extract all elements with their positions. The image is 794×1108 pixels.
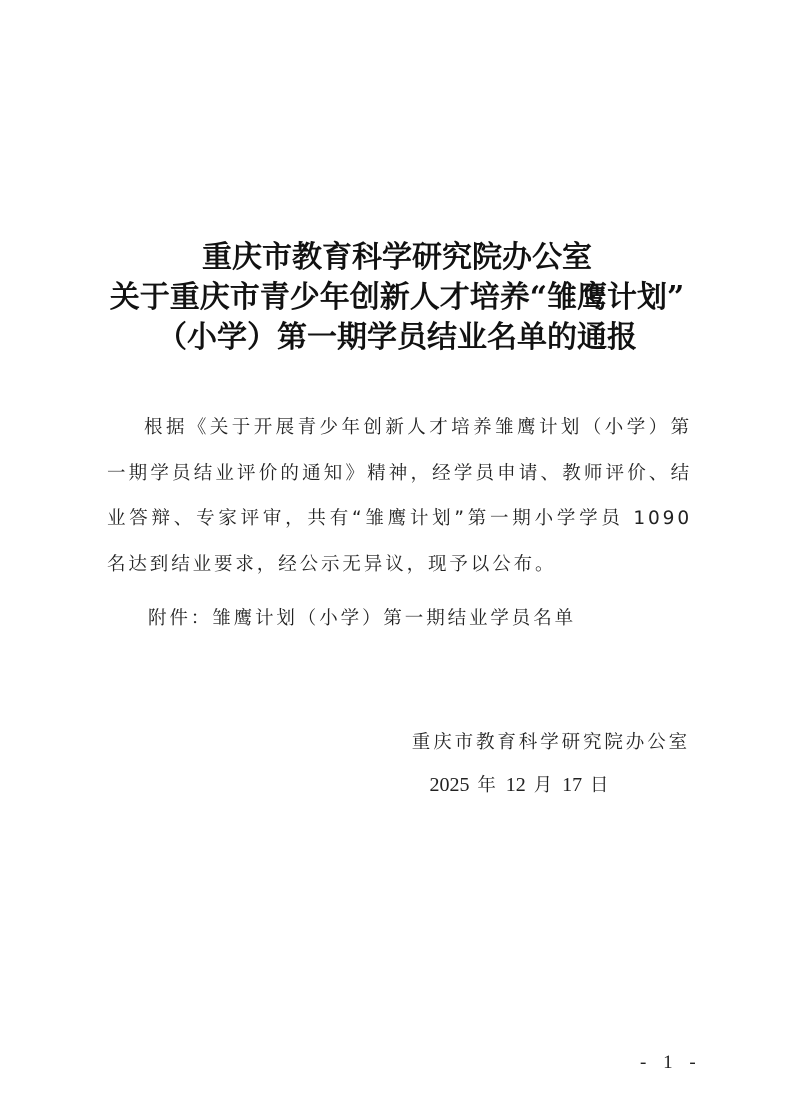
body-text: 根据《关于开展青少年创新人才培养雏鹰计划（小学）第一期学员结业评价的通知》精神，… (107, 405, 692, 587)
body-paragraph: 根据《关于开展青少年创新人才培养雏鹰计划（小学）第一期学员结业评价的通知》精神，… (107, 405, 692, 587)
signature-organization: 重庆市教育科学研究院办公室 (412, 728, 690, 758)
date-day: 17 (562, 774, 582, 796)
document-page: 重庆市教育科学研究院办公室 关于重庆市青少年创新人才培养“雏鹰计划” （小学）第… (0, 0, 794, 1108)
attachment-line: 附件：雏鹰计划（小学）第一期结业学员名单 (148, 604, 576, 634)
title-line-1: 重庆市教育科学研究院办公室 (0, 240, 794, 276)
date-year: 2025 (430, 774, 470, 796)
date-year-unit: 年 (477, 775, 498, 796)
date-month-unit: 月 (534, 775, 555, 796)
title-line-2: 关于重庆市青少年创新人才培养“雏鹰计划” (0, 280, 794, 316)
date-day-unit: 日 (590, 775, 611, 796)
date-month: 12 (506, 774, 526, 796)
title-line-3: （小学）第一期学员结业名单的通报 (0, 320, 794, 356)
page-number: - 1 - (640, 1052, 702, 1074)
issue-date: 2025 年 12 月 17 日 (408, 770, 632, 801)
